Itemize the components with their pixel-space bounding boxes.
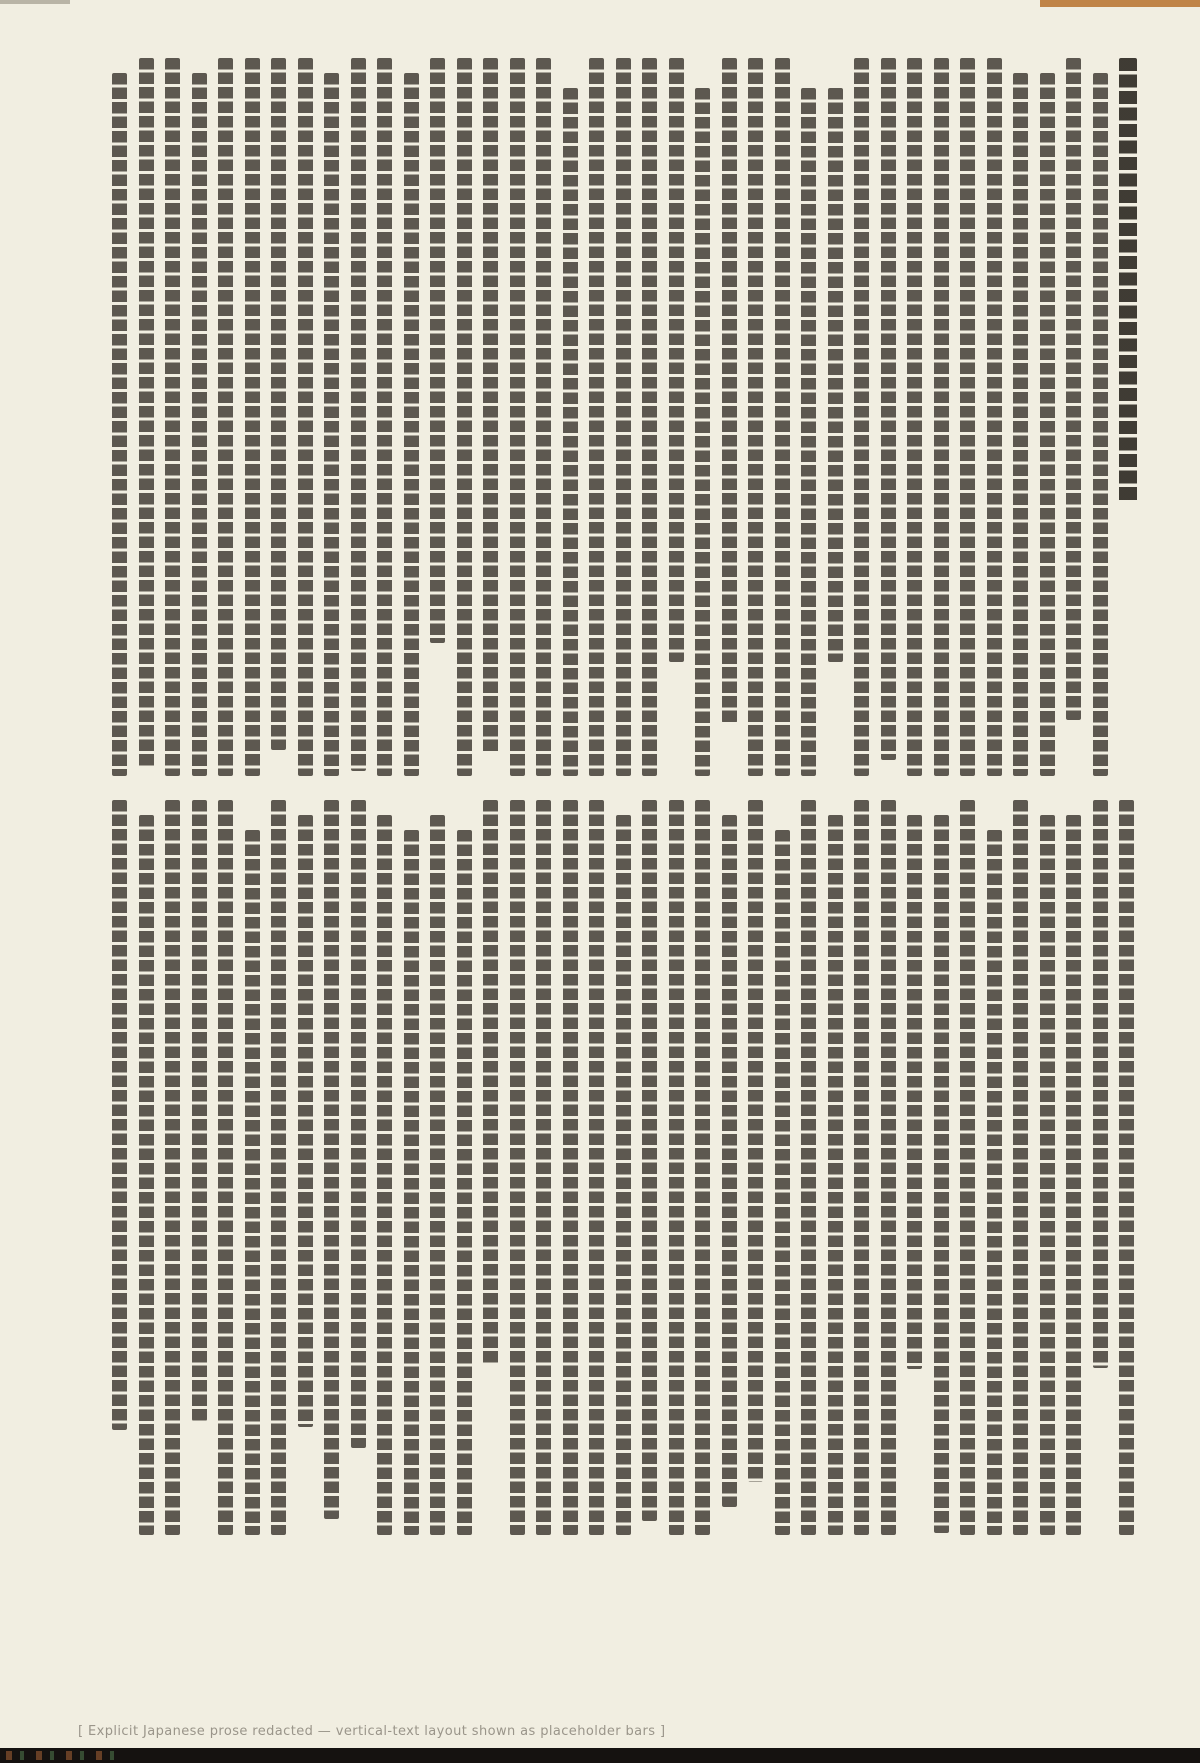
text-placeholder (430, 815, 445, 1535)
text-placeholder (616, 58, 631, 776)
text-placeholder (722, 815, 737, 1507)
text-placeholder (271, 800, 286, 1535)
scan-edge-bottom (0, 1748, 1200, 1763)
text-placeholder (801, 800, 816, 1535)
text-column (218, 800, 233, 1535)
text-placeholder (563, 88, 578, 776)
text-placeholder (881, 58, 896, 760)
text-column (351, 800, 366, 1535)
text-placeholder (404, 830, 419, 1535)
text-placeholder (271, 58, 286, 750)
text-column (192, 58, 207, 776)
text-column (324, 58, 339, 776)
text-column (377, 800, 392, 1535)
text-column (298, 58, 313, 776)
text-placeholder (695, 88, 710, 776)
text-placeholder (112, 800, 127, 1430)
text-placeholder (669, 58, 684, 662)
text-placeholder (695, 800, 710, 1535)
text-placeholder (324, 73, 339, 776)
text-placeholder (139, 58, 154, 768)
text-placeholder (139, 815, 154, 1535)
text-placeholder (298, 815, 313, 1427)
scan-edge-top-left (0, 0, 70, 4)
text-column (430, 58, 445, 776)
text-placeholder (1093, 800, 1108, 1368)
text-column (828, 800, 843, 1535)
text-column (775, 800, 790, 1535)
text-column (960, 800, 975, 1535)
text-placeholder (192, 800, 207, 1421)
text-column (245, 800, 260, 1535)
text-column (1066, 58, 1081, 776)
text-column (854, 800, 869, 1535)
text-placeholder (881, 800, 896, 1535)
text-placeholder (1013, 73, 1028, 776)
text-column (907, 58, 922, 776)
text-placeholder (192, 73, 207, 776)
text-column (828, 58, 843, 776)
text-column (483, 58, 498, 776)
text-placeholder (377, 58, 392, 776)
text-column (165, 800, 180, 1535)
text-placeholder (934, 58, 949, 776)
text-column (271, 800, 286, 1535)
text-placeholder (960, 58, 975, 776)
text-column (589, 58, 604, 776)
text-placeholder (563, 800, 578, 1535)
text-column (165, 58, 180, 776)
text-column (642, 800, 657, 1535)
text-column (271, 58, 286, 776)
text-placeholder (775, 58, 790, 776)
text-placeholder (1066, 815, 1081, 1535)
text-column (722, 800, 737, 1535)
text-placeholder (218, 58, 233, 776)
text-placeholder (536, 800, 551, 1535)
text-placeholder (1013, 800, 1028, 1535)
text-placeholder (1066, 58, 1081, 720)
text-placeholder (854, 800, 869, 1535)
text-column (298, 800, 313, 1535)
scanned-page: [ Explicit Japanese prose redacted — ver… (0, 0, 1200, 1763)
title-placeholder (1119, 58, 1137, 503)
text-column (987, 58, 1002, 776)
text-column (404, 58, 419, 776)
text-placeholder (351, 800, 366, 1448)
text-column (642, 58, 657, 776)
text-column (483, 800, 498, 1535)
text-placeholder (589, 800, 604, 1535)
text-column (748, 800, 763, 1535)
text-placeholder (748, 58, 763, 776)
text-column (669, 800, 684, 1535)
text-column (1093, 58, 1108, 776)
text-column (881, 800, 896, 1535)
text-column (1066, 800, 1081, 1535)
text-placeholder (536, 58, 551, 776)
text-placeholder (1040, 815, 1055, 1535)
text-placeholder (298, 58, 313, 776)
text-placeholder (510, 58, 525, 776)
text-placeholder (616, 815, 631, 1535)
text-column (934, 800, 949, 1535)
top-text-block (72, 58, 1134, 776)
text-column (457, 800, 472, 1535)
text-placeholder (828, 815, 843, 1535)
text-placeholder (907, 58, 922, 776)
text-placeholder (430, 58, 445, 643)
text-column (748, 58, 763, 776)
text-placeholder (748, 800, 763, 1482)
text-column (510, 58, 525, 776)
text-column (1093, 800, 1108, 1535)
text-placeholder (483, 800, 498, 1364)
text-placeholder (483, 58, 498, 753)
text-column (1013, 800, 1028, 1535)
text-placeholder (907, 815, 922, 1369)
text-placeholder (828, 88, 843, 662)
text-column (907, 800, 922, 1535)
text-column (695, 800, 710, 1535)
text-placeholder (722, 58, 737, 723)
text-placeholder (960, 800, 975, 1535)
text-placeholder (1040, 73, 1055, 776)
text-column (1040, 58, 1055, 776)
text-column (1013, 58, 1028, 776)
text-column (563, 58, 578, 776)
text-column (1119, 58, 1134, 776)
text-column (245, 58, 260, 776)
text-column (775, 58, 790, 776)
text-column (960, 58, 975, 776)
text-placeholder (987, 830, 1002, 1535)
text-column (112, 800, 127, 1535)
text-column (324, 800, 339, 1535)
text-column (854, 58, 869, 776)
text-placeholder (987, 58, 1002, 776)
redaction-notice: [ Explicit Japanese prose redacted — ver… (78, 1724, 665, 1739)
text-placeholder (642, 800, 657, 1521)
text-column (377, 58, 392, 776)
text-placeholder (351, 58, 366, 771)
text-placeholder (245, 830, 260, 1535)
bottom-text-block (72, 800, 1134, 1535)
text-column (695, 58, 710, 776)
text-column (1040, 800, 1055, 1535)
text-column (616, 800, 631, 1535)
scan-edge-flecks (6, 1751, 126, 1760)
text-placeholder (457, 58, 472, 776)
text-placeholder (218, 800, 233, 1535)
text-column (192, 800, 207, 1535)
text-column (616, 58, 631, 776)
text-column (536, 800, 551, 1535)
text-placeholder (324, 800, 339, 1519)
text-placeholder (854, 58, 869, 776)
text-column (801, 800, 816, 1535)
text-column (510, 800, 525, 1535)
text-placeholder (457, 830, 472, 1535)
text-column (404, 800, 419, 1535)
text-column (801, 58, 816, 776)
text-placeholder (165, 58, 180, 776)
text-column (669, 58, 684, 776)
text-placeholder (404, 73, 419, 776)
text-placeholder (112, 73, 127, 776)
text-placeholder (165, 800, 180, 1535)
text-column (139, 58, 154, 776)
scan-edge-top-right (1040, 0, 1200, 7)
text-column (430, 800, 445, 1535)
text-column (987, 800, 1002, 1535)
text-column (589, 800, 604, 1535)
text-column (351, 58, 366, 776)
text-placeholder (642, 58, 657, 776)
text-placeholder (245, 58, 260, 776)
text-column (722, 58, 737, 776)
text-column (218, 58, 233, 776)
text-placeholder (589, 58, 604, 776)
text-placeholder (1119, 800, 1134, 1535)
text-column (1119, 800, 1134, 1535)
text-column (112, 58, 127, 776)
text-column (457, 58, 472, 776)
text-column (934, 58, 949, 776)
text-placeholder (775, 830, 790, 1535)
text-placeholder (801, 88, 816, 776)
text-placeholder (510, 800, 525, 1535)
text-column (139, 800, 154, 1535)
text-column (563, 800, 578, 1535)
text-placeholder (934, 815, 949, 1533)
text-column (536, 58, 551, 776)
text-column (881, 58, 896, 776)
text-placeholder (377, 815, 392, 1535)
text-placeholder (669, 800, 684, 1535)
text-placeholder (1093, 73, 1108, 776)
